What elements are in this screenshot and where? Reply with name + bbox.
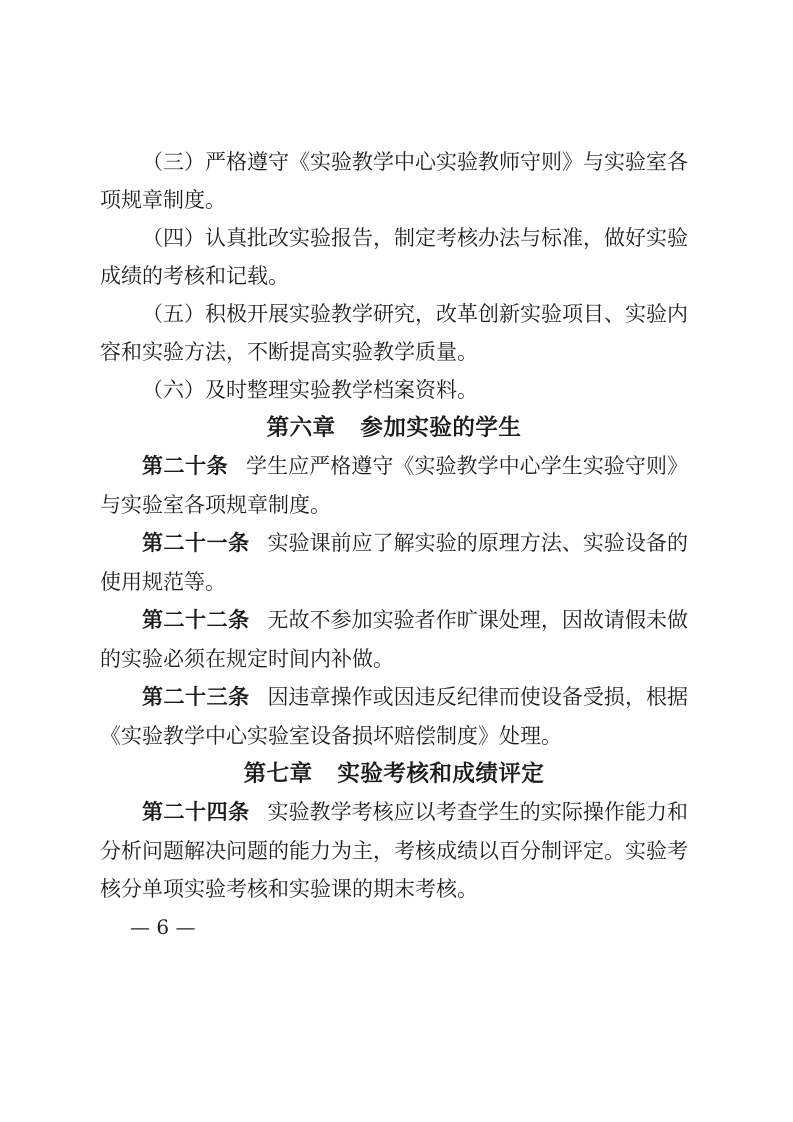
article-number: 第二十一条 xyxy=(142,532,250,555)
article-paragraph-23: 第二十三条因违章操作或因违反纪律而使设备受损，根据《实验教学中心实验室设备损坏赔… xyxy=(100,678,688,755)
clause-paragraph-5: （五）积极开展实验教学研究，改革创新实验项目、实验内容和实验方法，不断提高实验教… xyxy=(100,295,688,371)
chapter-7-heading: 第七章实验考核和成绩评定 xyxy=(100,755,688,793)
article-number: 第二十条 xyxy=(142,455,228,478)
document-content: （三）严格遵守《实验教学中心实验教师守则》与实验室各项规章制度。 （四）认真批改… xyxy=(100,143,688,946)
article-paragraph-22: 第二十二条无故不参加实验者作旷课处理，因故请假未做的实验必须在规定时间内补做。 xyxy=(100,601,688,678)
article-paragraph-24: 第二十四条实验教学考核应以考查学生的实际操作能力和分析问题解决问题的能力为主，考… xyxy=(100,793,688,908)
article-paragraph-20: 第二十条学生应严格遵守《实验教学中心学生实验守则》与实验室各项规章制度。 xyxy=(100,447,688,524)
document-page: （三）严格遵守《实验教学中心实验教师守则》与实验室各项规章制度。 （四）认真批改… xyxy=(0,0,793,1122)
chapter-6-heading: 第六章参加实验的学生 xyxy=(100,409,688,447)
article-number: 第二十二条 xyxy=(142,609,250,632)
chapter-number: 第六章 xyxy=(267,415,336,440)
clause-paragraph-6: （六）及时整理实验教学档案资料。 xyxy=(100,371,688,409)
clause-paragraph-4: （四）认真批改实验报告，制定考核办法与标准，做好实验成绩的考核和记载。 xyxy=(100,219,688,295)
article-number: 第二十四条 xyxy=(142,801,250,824)
article-number: 第二十三条 xyxy=(142,686,250,709)
article-paragraph-21: 第二十一条实验课前应了解实验的原理方法、实验设备的使用规范等。 xyxy=(100,524,688,601)
chapter-number: 第七章 xyxy=(244,761,313,786)
page-number: — 6 — xyxy=(100,908,688,946)
clause-paragraph-3: （三）严格遵守《实验教学中心实验教师守则》与实验室各项规章制度。 xyxy=(100,143,688,219)
chapter-title: 实验考核和成绩评定 xyxy=(337,761,544,786)
chapter-title: 参加实验的学生 xyxy=(360,415,521,440)
